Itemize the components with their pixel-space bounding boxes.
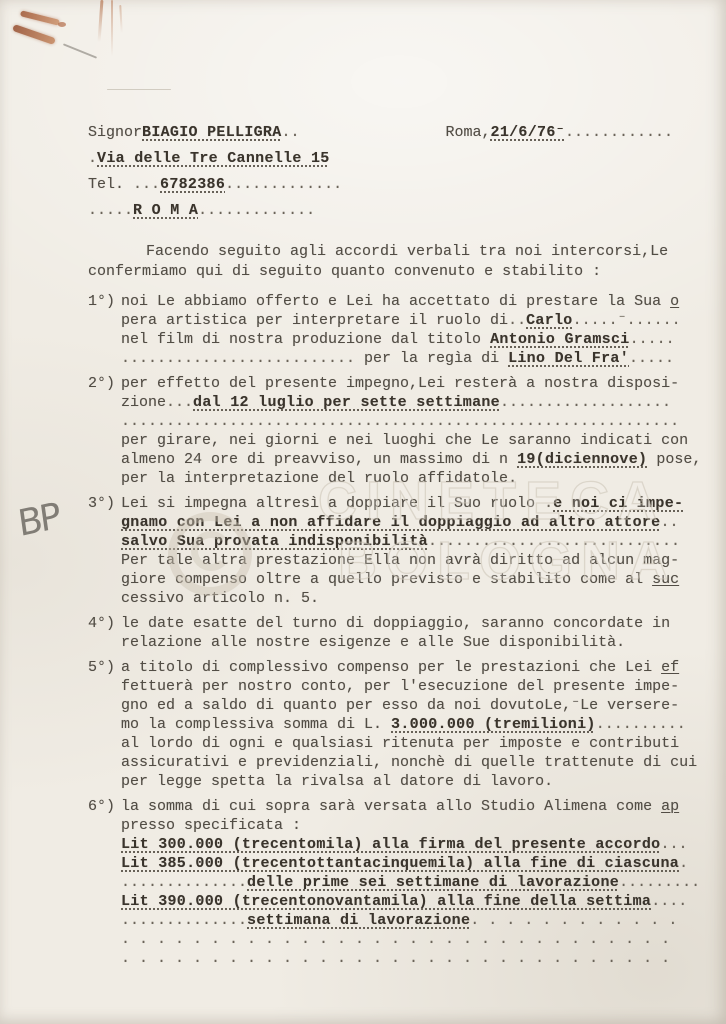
text-line: Lit 385.000 (trecentottantacinquemila) a… bbox=[121, 854, 700, 873]
dot-leader: ... bbox=[133, 176, 160, 193]
text-line: . . . . . . . . . . . . . . . . . . . . … bbox=[121, 930, 700, 949]
typed-text: per girare, nei giorni e nei luoghi che … bbox=[121, 432, 688, 449]
dot-leader: .... bbox=[651, 893, 687, 910]
clause-number: 5°) bbox=[88, 658, 121, 791]
typed-text: Lei si impegna altresì a doppiare il Suo… bbox=[121, 495, 544, 512]
dot-leader: . . . . . . . . . . . . bbox=[470, 912, 677, 929]
typed-fill-text: Lit 300.000 (trecentomila) alla firma de… bbox=[121, 836, 660, 853]
dot-leader: .. bbox=[508, 312, 526, 329]
dot-leader: .............. bbox=[121, 912, 247, 929]
typed-fill-text: salvo Sua provata indisponibilità bbox=[121, 533, 428, 550]
typed-text: pera artistica per interpretare il ruolo… bbox=[121, 312, 508, 329]
text-line: ........................................… bbox=[121, 412, 701, 431]
faint-scratch-mark bbox=[107, 89, 171, 90]
rust-drip-mark bbox=[111, 0, 113, 56]
dot-leader: .. bbox=[660, 514, 678, 531]
dot-leader: . bbox=[679, 855, 688, 872]
recipient-and-date-line: Signor BIAGIO PELLIGRA .. Roma, 21/6/76⁻… bbox=[88, 120, 673, 146]
clause-number: 4°) bbox=[88, 614, 121, 652]
typed-fill-text: R O M A bbox=[133, 202, 198, 219]
typed-text: noi Le abbiamo offerto e Lei ha accettat… bbox=[121, 293, 670, 310]
text-line: per la interpretazione del ruolo affidat… bbox=[121, 469, 701, 488]
typed-text: giore compenso oltre a quello previsto e… bbox=[121, 571, 652, 588]
dot-leader: . bbox=[544, 495, 553, 512]
text-line: .......................... per la regìa … bbox=[121, 349, 681, 368]
typed-text: le date esatte del turno di doppiaggio, … bbox=[121, 615, 670, 632]
letter-date: 21/6/76⁻ bbox=[491, 120, 565, 146]
dot-leader: ............................ bbox=[428, 533, 680, 550]
rust-stain bbox=[20, 10, 60, 25]
typed-text: zione bbox=[121, 394, 166, 411]
typed-text: Per tale altra prestazione Ella non avrà… bbox=[121, 552, 679, 569]
underlined-continuation: ef bbox=[661, 659, 679, 676]
text-line: noi Le abbiamo offerto e Lei ha accettat… bbox=[121, 292, 681, 311]
dot-leader: ............. bbox=[198, 202, 315, 219]
typed-fill-text: gnamo con Lei a non affidare il doppiagg… bbox=[121, 514, 660, 531]
clause-4: 4°) le date esatte del turno di doppiagg… bbox=[88, 614, 673, 652]
rust-drip-mark bbox=[98, 0, 104, 42]
typed-text: nel film di nostra produzione dal titolo bbox=[121, 331, 490, 348]
letter-header: Signor BIAGIO PELLIGRA .. Roma, 21/6/76⁻… bbox=[88, 120, 673, 224]
text-line: fettuerà per nostro conto, per l'esecuzi… bbox=[121, 677, 697, 696]
typed-fill-text: dal 12 luglio per sette settimane bbox=[193, 394, 500, 411]
text-line: confermiamo qui di seguito quanto conven… bbox=[88, 262, 673, 282]
text-line: . . . . . . . . . . . . . . . . . . . . … bbox=[121, 949, 700, 968]
text-line: Tel. ...6782386............. bbox=[88, 172, 673, 198]
dot-leader: ... bbox=[166, 394, 193, 411]
typed-text: a titolo di complessivo compenso per le … bbox=[121, 659, 661, 676]
clause-3: 3°) Lei si impegna altresì a doppiare il… bbox=[88, 494, 673, 608]
clause-body: la somma di cui sopra sarà versata allo … bbox=[121, 797, 700, 968]
text-line: al lordo di ogni e qualsiasi ritenuta pe… bbox=[121, 734, 697, 753]
text-line: almeno 24 ore di preavviso, un massimo d… bbox=[121, 450, 701, 469]
text-line: .....R O M A............. bbox=[88, 198, 673, 224]
dot-leader: ..... bbox=[629, 350, 674, 367]
dot-leader: ........................................… bbox=[121, 413, 679, 430]
typed-text: pose, bbox=[647, 451, 701, 468]
text-line: gno ed a saldo di quanto per esso da noi… bbox=[121, 696, 697, 715]
clause-2: 2°) per effetto del presente impegno,Lei… bbox=[88, 374, 673, 488]
pencil-mark bbox=[63, 43, 97, 58]
typed-fill-text: Lit 385.000 (trecentottantacinquemila) a… bbox=[121, 855, 679, 872]
dot-leader: ......... bbox=[619, 874, 700, 891]
typed-fill-text: settimana di lavorazione bbox=[247, 912, 470, 929]
text-line: a titolo di complessivo compenso per le … bbox=[121, 658, 697, 677]
dot-leader: .. bbox=[282, 120, 300, 146]
dot-leader: . . . . . . . . . . . . . . . . . . . . … bbox=[121, 931, 670, 948]
typed-text: confermiamo qui di seguito quanto conven… bbox=[88, 263, 601, 280]
date-group: Roma, 21/6/76⁻ ............ bbox=[446, 120, 674, 146]
clause-number: 1°) bbox=[88, 292, 121, 368]
dot-leader: .......... bbox=[596, 716, 686, 733]
clause-body: noi Le abbiamo offerto e Lei ha accettat… bbox=[121, 292, 681, 368]
text-line: giore compenso oltre a quello previsto e… bbox=[121, 570, 683, 589]
text-line: Lit 390.000 (trecentonovantamila) alla f… bbox=[121, 892, 700, 911]
recipient-name: BIAGIO PELLIGRA bbox=[142, 120, 282, 146]
dot-leader: .......................... bbox=[121, 350, 355, 367]
text-line: gnamo con Lei a non affidare il doppiagg… bbox=[121, 513, 683, 532]
typed-text: fettuerà per nostro conto, per l'esecuzi… bbox=[121, 678, 679, 695]
typed-text: almeno 24 ore di preavviso, un massimo d… bbox=[121, 451, 517, 468]
dot-leader: . bbox=[88, 150, 97, 167]
dot-leader: ... bbox=[660, 836, 687, 853]
dot-leader: ..... bbox=[88, 202, 133, 219]
typed-fill-text: Antonio Gramsci bbox=[490, 331, 630, 348]
typed-text: per la interpretazione del ruolo affidat… bbox=[121, 470, 517, 487]
text-line: salvo Sua provata indisponibilità.......… bbox=[121, 532, 683, 551]
typed-fill-text: Lit 390.000 (trecentonovantamila) alla f… bbox=[121, 893, 651, 910]
typed-fill-text: 3.000.000 (tremilioni) bbox=[391, 716, 596, 733]
text-line: mo la complessiva somma di L. 3.000.000 … bbox=[121, 715, 697, 734]
clause-body: le date esatte del turno di doppiaggio, … bbox=[121, 614, 673, 652]
typed-fill-text: Lino Del Fra' bbox=[508, 350, 629, 367]
typed-text: al lordo di ogni e qualsiasi ritenuta pe… bbox=[121, 735, 679, 752]
typed-text: per effetto del presente impegno,Lei res… bbox=[121, 375, 679, 392]
text-line: ..............settimana di lavorazione. … bbox=[121, 911, 700, 930]
text-line: relazione alle nostre esigenze e alle Su… bbox=[121, 633, 673, 652]
typed-text: assicurativi e previdenziali, nonchè di … bbox=[121, 754, 697, 771]
clause-number: 2°) bbox=[88, 374, 121, 488]
typewritten-text-block: Signor BIAGIO PELLIGRA .. Roma, 21/6/76⁻… bbox=[88, 120, 673, 974]
dot-leader: .....⁻...... bbox=[573, 312, 681, 329]
text-line: le date esatte del turno di doppiaggio, … bbox=[121, 614, 673, 633]
scanned-contract-page: Signor BIAGIO PELLIGRA .. Roma, 21/6/76⁻… bbox=[0, 0, 726, 1024]
clause-body: Lei si impegna altresì a doppiare il Suo… bbox=[121, 494, 683, 608]
dot-leader: ............. bbox=[225, 176, 342, 193]
underlined-continuation: ap bbox=[661, 798, 679, 815]
clause-1: 1°) noi Le abbiamo offerto e Lei ha acce… bbox=[88, 292, 673, 368]
text-line: .Via delle Tre Cannelle 15 bbox=[88, 146, 673, 172]
dot-leader: ................... bbox=[500, 394, 671, 411]
clause-6: 6°) la somma di cui sopra sarà versata a… bbox=[88, 797, 673, 968]
text-line: per girare, nei giorni e nei luoghi che … bbox=[121, 431, 701, 450]
clause-5: 5°) a titolo di complessivo compenso per… bbox=[88, 658, 673, 791]
recipient-address-lines: .Via delle Tre Cannelle 15Tel. ...678238… bbox=[88, 146, 673, 224]
text-line: nel film di nostra produzione dal titolo… bbox=[121, 330, 681, 349]
rust-drip-mark bbox=[119, 5, 122, 33]
text-line: per effetto del presente impegno,Lei res… bbox=[121, 374, 701, 393]
dot-leader: . . . . . . . . . . . . . . . . . . . . … bbox=[121, 950, 670, 967]
typed-text: presso specificata : bbox=[121, 817, 301, 834]
clause-number: 6°) bbox=[88, 797, 121, 968]
text-line: cessivo articolo n. 5. bbox=[121, 589, 683, 608]
clause-body: a titolo di complessivo compenso per le … bbox=[121, 658, 697, 791]
intro-paragraph: Facendo seguito agli accordi verbali tra… bbox=[88, 242, 673, 282]
typed-fill-text: delle prime sei settimane di lavorazione bbox=[247, 874, 619, 891]
rust-stain bbox=[12, 24, 56, 45]
text-line: per legge spetta la rivalsa al datore di… bbox=[121, 772, 697, 791]
typed-text: mo la complessiva somma di L. bbox=[121, 716, 391, 733]
typed-text: Facendo seguito agli accordi verbali tra… bbox=[146, 243, 668, 260]
typed-text: gno ed a saldo di quanto per esso da noi… bbox=[121, 697, 679, 714]
text-line: Per tale altra prestazione Ella non avrà… bbox=[121, 551, 683, 570]
typed-fill-text: Via delle Tre Cannelle 15 bbox=[97, 150, 330, 167]
text-line: Lit 300.000 (trecentomila) alla firma de… bbox=[121, 835, 700, 854]
typed-fill-text: 19(diciennove) bbox=[517, 451, 647, 468]
dot-leader: .............. bbox=[121, 874, 247, 891]
clause-body: per effetto del presente impegno,Lei res… bbox=[121, 374, 701, 488]
typed-text: per la regìa di bbox=[355, 350, 508, 367]
typed-text: cessivo articolo n. 5. bbox=[121, 590, 319, 607]
typed-text: Tel. bbox=[88, 176, 133, 193]
typed-fill-text: 6782386 bbox=[160, 176, 225, 193]
place-label: Roma, bbox=[446, 120, 491, 146]
text-line: la somma di cui sopra sarà versata allo … bbox=[121, 797, 700, 816]
text-line: assicurativi e previdenziali, nonchè di … bbox=[121, 753, 697, 772]
typed-fill-text: Carlo bbox=[526, 312, 573, 329]
text-line: pera artistica per interpretare il ruolo… bbox=[121, 311, 681, 330]
text-line: Lei si impegna altresì a doppiare il Suo… bbox=[121, 494, 683, 513]
typed-fill-text: e noi ci impe- bbox=[553, 495, 683, 512]
underlined-continuation: suc bbox=[652, 571, 679, 588]
signor-label: Signor bbox=[88, 120, 142, 146]
dot-leader: ..... bbox=[630, 331, 675, 348]
text-line: presso specificata : bbox=[121, 816, 700, 835]
text-line: ..............delle prime sei settimane … bbox=[121, 873, 700, 892]
typed-text: la somma di cui sopra sarà versata allo … bbox=[121, 798, 661, 815]
dot-leader: ............ bbox=[565, 120, 673, 146]
typed-text: relazione alle nostre esigenze e alle Su… bbox=[121, 634, 625, 651]
text-line: zione...dal 12 luglio per sette settiman… bbox=[121, 393, 701, 412]
typed-text: per legge spetta la rivalsa al datore di… bbox=[121, 773, 553, 790]
rust-stain bbox=[58, 22, 66, 27]
handwritten-initials: BP bbox=[16, 496, 61, 545]
text-line: Facendo seguito agli accordi verbali tra… bbox=[88, 242, 673, 262]
underlined-continuation: o bbox=[670, 293, 679, 310]
clause-number: 3°) bbox=[88, 494, 121, 608]
